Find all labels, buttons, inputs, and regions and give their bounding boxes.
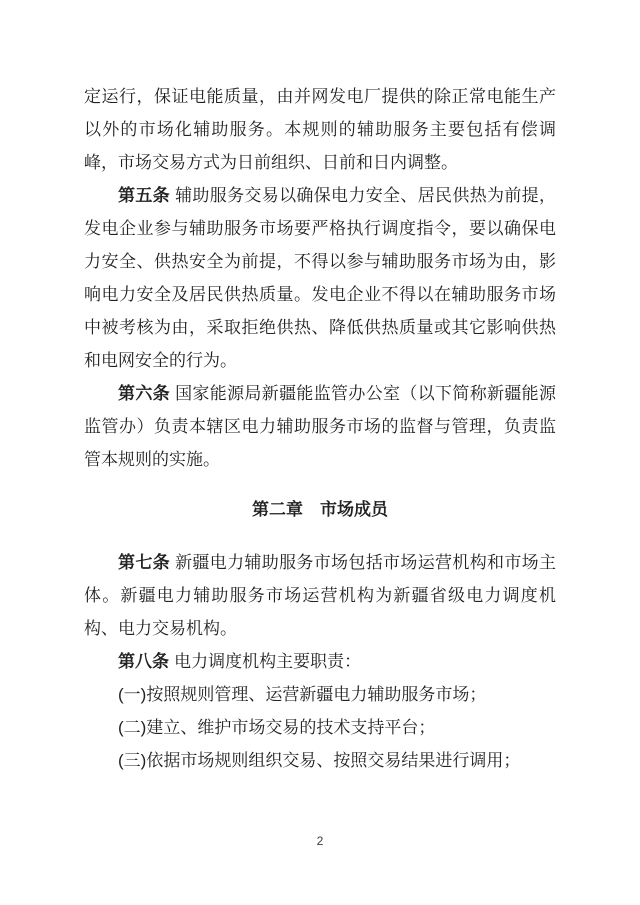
- page-number: 2: [0, 833, 640, 849]
- list-item-3: (三)依据市场规则组织交易、按照交易结果进行调用；: [84, 744, 556, 777]
- article-5-text: 辅助服务交易以确保电力安全、居民供热为前提，发电企业参与辅助服务市场要严格执行调…: [84, 186, 556, 370]
- list-item-1: (一)按照规则管理、运营新疆电力辅助服务市场；: [84, 678, 556, 711]
- chapter-2-heading: 第二章 市场成员: [84, 493, 556, 526]
- article-6-label: 第六条: [118, 384, 170, 403]
- paragraph-article-7: 第七条新疆电力辅助服务市场包括市场运营机构和市场主体。新疆电力辅助服务市场运营机…: [84, 546, 556, 645]
- document-page: 定运行，保证电能质量，由并网发电厂提供的除正常电能生产以外的市场化辅助服务。本规…: [0, 0, 640, 905]
- paragraph-article-6: 第六条国家能源局新疆能监管办公室（以下简称新疆能源监管办）负责本辖区电力辅助服务…: [84, 377, 556, 476]
- article-8-text: 电力调度机构主要职责：: [174, 652, 361, 671]
- paragraph-article-5: 第五条辅助服务交易以确保电力安全、居民供热为前提，发电企业参与辅助服务市场要严格…: [84, 179, 556, 377]
- paragraph-text: 定运行，保证电能质量，由并网发电厂提供的除正常电能生产以外的市场化辅助服务。本规…: [84, 87, 556, 172]
- article-8-label: 第八条: [118, 652, 169, 671]
- paragraph-article-8: 第八条电力调度机构主要职责：: [84, 645, 556, 678]
- article-7-label: 第七条: [118, 553, 170, 572]
- article-5-label: 第五条: [118, 186, 170, 205]
- paragraph-continuation: 定运行，保证电能质量，由并网发电厂提供的除正常电能生产以外的市场化辅助服务。本规…: [84, 80, 556, 179]
- list-item-2: (二)建立、维护市场交易的技术支持平台；: [84, 711, 556, 744]
- document-body: 定运行，保证电能质量，由并网发电厂提供的除正常电能生产以外的市场化辅助服务。本规…: [84, 80, 556, 777]
